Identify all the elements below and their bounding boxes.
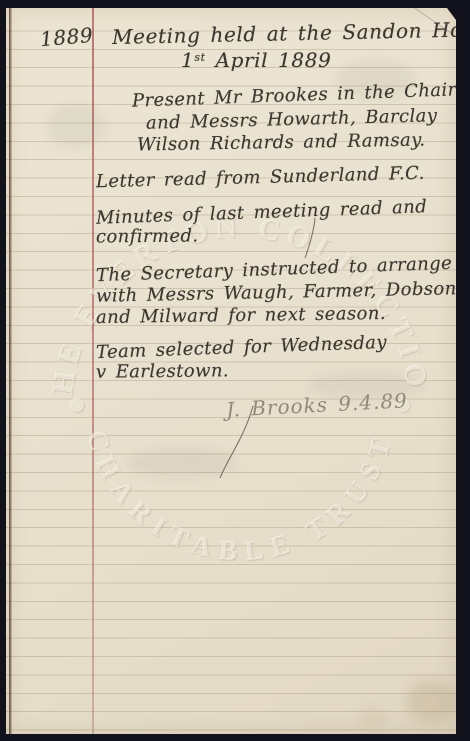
paper-stain	[358, 708, 388, 726]
scanned-minute-book-page: THE EVERTON COLLECTION CHARITABLE TRUST …	[0, 0, 470, 741]
manuscript-line: confirmed.	[96, 227, 199, 246]
paper-sheet: THE EVERTON COLLECTION CHARITABLE TRUST …	[6, 8, 456, 734]
pencil-signature: J. Brooks 9.4.89	[226, 390, 409, 419]
manuscript-line: v Earlestown.	[96, 362, 229, 381]
manuscript-line: and Messrs Howarth, Barclay	[146, 107, 438, 133]
manuscript-line: and Milward for next season.	[96, 305, 386, 327]
date-ordinal-suffix: st	[194, 51, 205, 64]
svg-text:CHARITABLE TRUST: CHARITABLE TRUST	[80, 427, 400, 568]
manuscript-line: Letter read from Sunderland F.C.	[96, 165, 425, 192]
confirmed-upstroke	[305, 218, 315, 258]
binding-edge	[9, 8, 12, 734]
date-day: 1	[181, 48, 194, 72]
ink-show-through	[126, 448, 236, 478]
manuscript-line: Team selected for Wednesday	[96, 334, 387, 362]
heading-line: Meeting held at the Sandon Hotel	[112, 19, 470, 47]
manuscript-line: Minutes of last meeting read and	[96, 198, 428, 228]
date-rest: April 1889	[206, 48, 332, 72]
margin-year: 1889	[39, 25, 94, 50]
heading-date: 1st April 1889	[181, 50, 331, 70]
manuscript-line: Wilson Richards and Ramsay.	[137, 131, 426, 154]
paper-stain	[406, 680, 458, 724]
manuscript-line: with Messrs Waugh, Farmer, Dobson	[96, 280, 457, 306]
watermark-bottom-arc-text: CHARITABLE TRUST	[80, 427, 400, 568]
ink-show-through	[46, 104, 106, 148]
watermark-left-dot	[70, 398, 84, 412]
